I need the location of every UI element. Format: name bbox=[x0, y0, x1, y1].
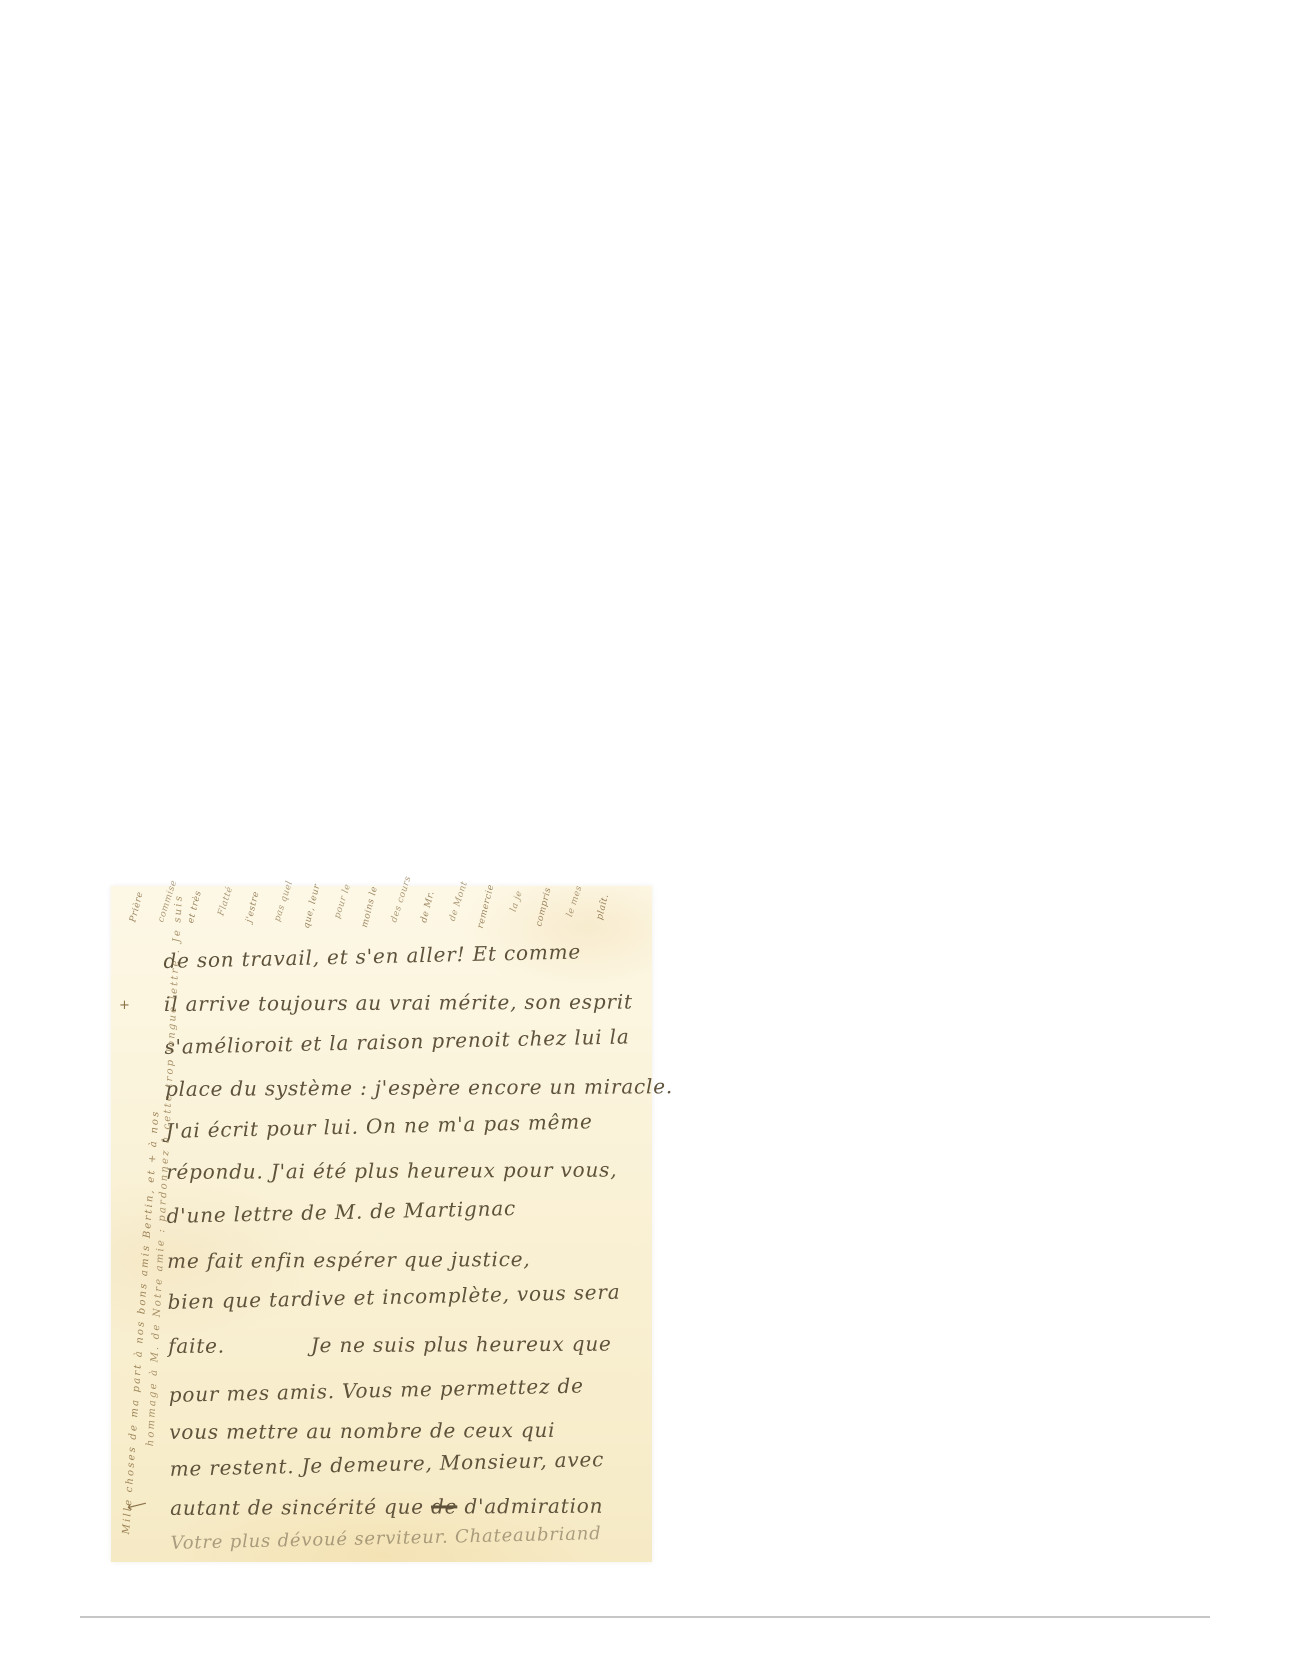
cross-writing-fragment: Flatté bbox=[215, 879, 238, 924]
cross-writing-fragment: pas quel bbox=[273, 879, 296, 924]
line14-pre: autant de sincérité que bbox=[170, 1495, 431, 1520]
cross-writing-fragment: que, leur bbox=[301, 884, 321, 929]
cross-writing-fragment: de Mont bbox=[447, 879, 470, 924]
letter-line: bien que tardive et incomplète, vous ser… bbox=[167, 1280, 620, 1314]
letter-scan: Prière commise et très Flatté j'estre pa… bbox=[111, 886, 652, 1562]
letter-body: de son travail, et s'en aller! Et comme … bbox=[163, 935, 649, 1561]
cross-writing-fragment: Prière bbox=[127, 884, 147, 929]
page: { "manuscript": { "paper_color": "#faf2d… bbox=[0, 0, 1301, 1672]
cross-writing-fragment: pour le bbox=[331, 879, 354, 924]
letter-line: de son travail, et s'en aller! Et comme bbox=[163, 939, 581, 972]
letter-line-with-strikethrough: autant de sincérité que de d'admiration bbox=[170, 1494, 603, 1520]
cross-writing-fragment: le mes bbox=[564, 879, 587, 924]
letter-line: place du système : j'espère encore un mi… bbox=[165, 1074, 673, 1101]
cross-writing-fragment: des cours bbox=[389, 879, 412, 924]
letter-line: s'amélioroit et la raison prenoit chez l… bbox=[164, 1024, 630, 1059]
letter-line: J'ai écrit pour lui. On ne m'a pas même bbox=[165, 1109, 593, 1143]
line14-post: d'admiration bbox=[457, 1494, 603, 1519]
horizontal-divider bbox=[80, 1616, 1210, 1618]
struck-word: de bbox=[431, 1494, 457, 1518]
plus-mark: + bbox=[119, 998, 130, 1013]
letter-line: d'une lettre de M. de Martignac bbox=[166, 1196, 516, 1228]
letter-line: me restent. Je demeure, Monsieur, avec bbox=[169, 1447, 604, 1481]
letter-line: pour mes amis. Vous me permettez de bbox=[169, 1373, 585, 1406]
cross-writing-fragment: moins le bbox=[360, 884, 380, 929]
letter-line: vous mettre au nombre de ceux qui bbox=[169, 1418, 555, 1444]
letter-line: faite. Je ne suis plus heureux que bbox=[168, 1332, 612, 1358]
cross-writing-fragment: remercie bbox=[476, 884, 496, 929]
letter-line: il arrive toujours au vrai mérite, son e… bbox=[164, 989, 633, 1015]
pen-flourish-mark: ⟵ bbox=[125, 1496, 146, 1516]
letter-line: me fait enfin espérer que justice, bbox=[167, 1247, 530, 1273]
cross-writing-fragment: compris bbox=[534, 884, 554, 929]
cross-writing-fragment: et très bbox=[185, 884, 205, 929]
cross-writing-fragment: j'estre bbox=[243, 884, 263, 929]
cross-writing-fragment: de Mr. bbox=[418, 884, 438, 929]
cross-writing-fragment: la je bbox=[506, 879, 529, 924]
cross-writing-fragment: plaît. bbox=[592, 884, 612, 929]
letter-line: répondu. J'ai été plus heureux pour vous… bbox=[166, 1158, 617, 1184]
signature-line: Votre plus dévoué serviteur. Chateaubria… bbox=[170, 1523, 601, 1554]
